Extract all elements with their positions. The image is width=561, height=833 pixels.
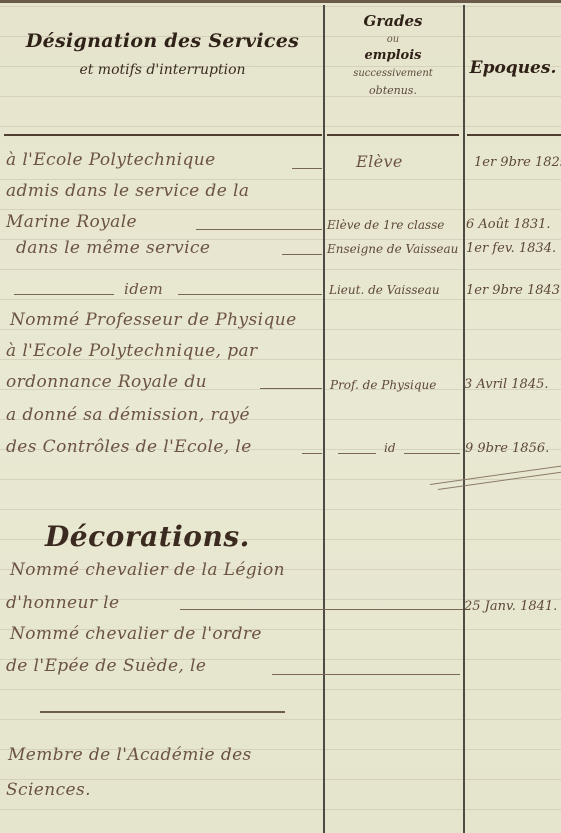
service-line-8: ordonnance Royale du — [6, 372, 207, 392]
fill-dash — [180, 609, 463, 610]
header-services-subtitle: et motifs d'interruption — [10, 62, 315, 78]
grade-10: id — [384, 441, 396, 455]
header-underline-2 — [327, 134, 459, 136]
grade-5: Lieut. de Vaisseau — [329, 283, 440, 297]
grade-3: Elève de 1re classe — [327, 218, 444, 232]
header-grades-obtenus: obtenus. — [325, 84, 461, 97]
header-grades: Grades — [325, 12, 461, 30]
service-line-5: idem — [124, 280, 163, 298]
service-line-4: dans le même service — [16, 238, 210, 258]
decoration-line-3: Nommé chevalier de l'ordre — [10, 624, 262, 644]
header-grades-ou: ou — [325, 34, 461, 45]
service-line-2: admis dans le service de la — [6, 181, 249, 201]
column-divider-1 — [323, 5, 325, 833]
header-grades-emplois: emplois — [325, 48, 461, 63]
fill-dash — [178, 294, 322, 295]
service-line-10: des Contrôles de l'Ecole, le — [6, 437, 252, 457]
register-page: Désignation des Services et motifs d'int… — [0, 0, 561, 833]
membership-line-1: Membre de l'Académie des — [8, 745, 252, 765]
date-1: 1er 9bre 1829. — [474, 155, 561, 170]
decoration-line-4: de l'Epée de Suède, le — [6, 656, 206, 676]
decoration-line-2: d'honneur le — [6, 593, 119, 613]
service-line-6: Nommé Professeur de Physique — [10, 310, 297, 330]
grade-8: Prof. de Physique — [330, 378, 436, 392]
fill-dash — [260, 388, 322, 389]
service-line-7: à l'Ecole Polytechnique, par — [6, 341, 258, 361]
header-grades-successivement: successivement — [325, 68, 461, 79]
date-8: 3 Avril 1845. — [464, 377, 549, 392]
section-separator — [40, 711, 285, 713]
fill-dash — [14, 294, 114, 295]
membership-line-2: Sciences. — [6, 780, 91, 800]
header-underline-3 — [467, 134, 561, 136]
fill-dash — [404, 453, 460, 454]
decoration-line-1: Nommé chevalier de la Légion — [10, 560, 285, 580]
decorations-title: Décorations. — [45, 520, 250, 553]
date-10: 9 9bre 1856. — [465, 441, 549, 456]
fill-dash — [302, 453, 322, 454]
service-line-9: a donné sa démission, rayé — [6, 405, 250, 425]
grade-4: Enseigne de Vaisseau — [327, 242, 458, 256]
header-epoques: Epoques. — [465, 58, 561, 78]
header-underline-1 — [4, 134, 322, 136]
header-services-title: Désignation des Services — [10, 30, 315, 52]
fill-dash — [196, 229, 322, 230]
fill-dash — [272, 674, 460, 675]
grade-1: Elève — [356, 152, 403, 171]
date-3: 6 Août 1831. — [466, 217, 551, 232]
column-divider-2 — [463, 5, 465, 833]
date-5: 1er 9bre 1843. — [466, 283, 561, 298]
fill-dash — [292, 168, 322, 169]
service-line-3: Marine Royale — [6, 212, 137, 232]
fill-dash — [282, 254, 322, 255]
top-border — [0, 0, 561, 3]
service-line-1: à l'Ecole Polytechnique — [6, 150, 216, 170]
decoration-date-1: 25 Janv. 1841. — [464, 599, 557, 614]
fill-dash — [338, 453, 376, 454]
date-4: 1er fev. 1834. — [466, 241, 556, 256]
